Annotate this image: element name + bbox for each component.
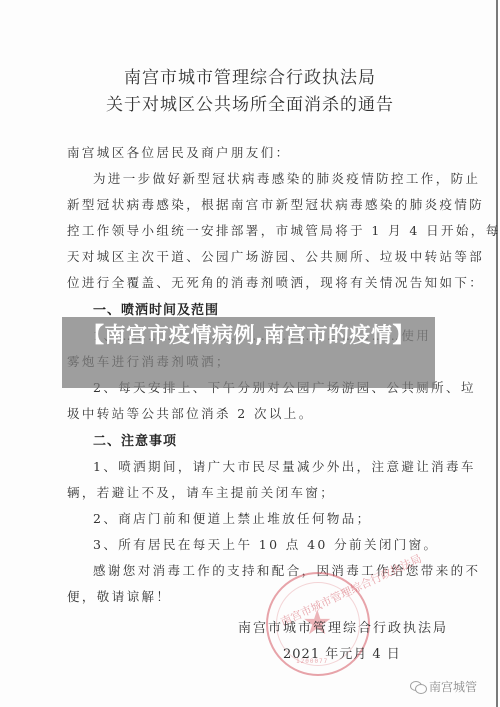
section-2-line: 辆，若避让不及，请车主提前关闭车窗；: [67, 483, 335, 501]
intro-line: 位进行全覆盖、无死角的消毒剂喷洒，现将有关情况告知如下：: [67, 273, 484, 291]
section-2-line: 2、商店门前和便道上禁止堆放任何物品；: [93, 509, 372, 527]
signature-date: 2021 年元月 4 日: [283, 643, 401, 662]
intro-line: 为进一步做好新型冠状病毒感染的肺炎疫情防控工作，防止: [93, 169, 480, 187]
section-2-line: 1、喷洒期间，请广大市民尽量减少外出，注意避让消毒车: [93, 457, 476, 475]
intro-line: 新型冠状病毒感染，根据南宫市新型冠状病毒感染的肺炎疫情防: [67, 195, 484, 213]
section-heading-spray-time-scope: 一、喷洒时间及范围: [93, 299, 219, 318]
intro-line: 天对城区主次干道、公园广场游园、公共厕所、垃圾中转站等部: [67, 247, 484, 265]
watermark-label: 南宫城管: [429, 678, 477, 695]
document-title-line-1: 南宫市城市管理综合行政执法局: [0, 63, 500, 88]
caption-overlay-text: 【南宫市疫情病例,南宫市的疫情】: [62, 322, 435, 348]
section-1-line: 圾中转站等公共部位消杀 2 次以上。: [67, 404, 314, 422]
wechat-icon: [410, 681, 426, 693]
section-heading-notes: 二、注意事项: [93, 430, 177, 449]
salutation: 南宫城区各位居民及商户朋友们：: [67, 143, 291, 161]
section-2-line: 3、所有居民在每天上午 10 点 40 分前关闭门窗。: [93, 535, 438, 553]
document-title-line-2: 关于对城区公共场所全面消杀的通告: [0, 90, 500, 115]
closing-line: 便，敬请谅解！: [67, 587, 171, 605]
intro-line: 控工作领导小组统一安排部署，市城管局将于 1 月 4 日开始，每: [67, 221, 500, 239]
wechat-watermark: 南宫城管: [410, 678, 477, 695]
signature-issuer: 南宫市城市管理综合行政执法局: [238, 617, 448, 636]
